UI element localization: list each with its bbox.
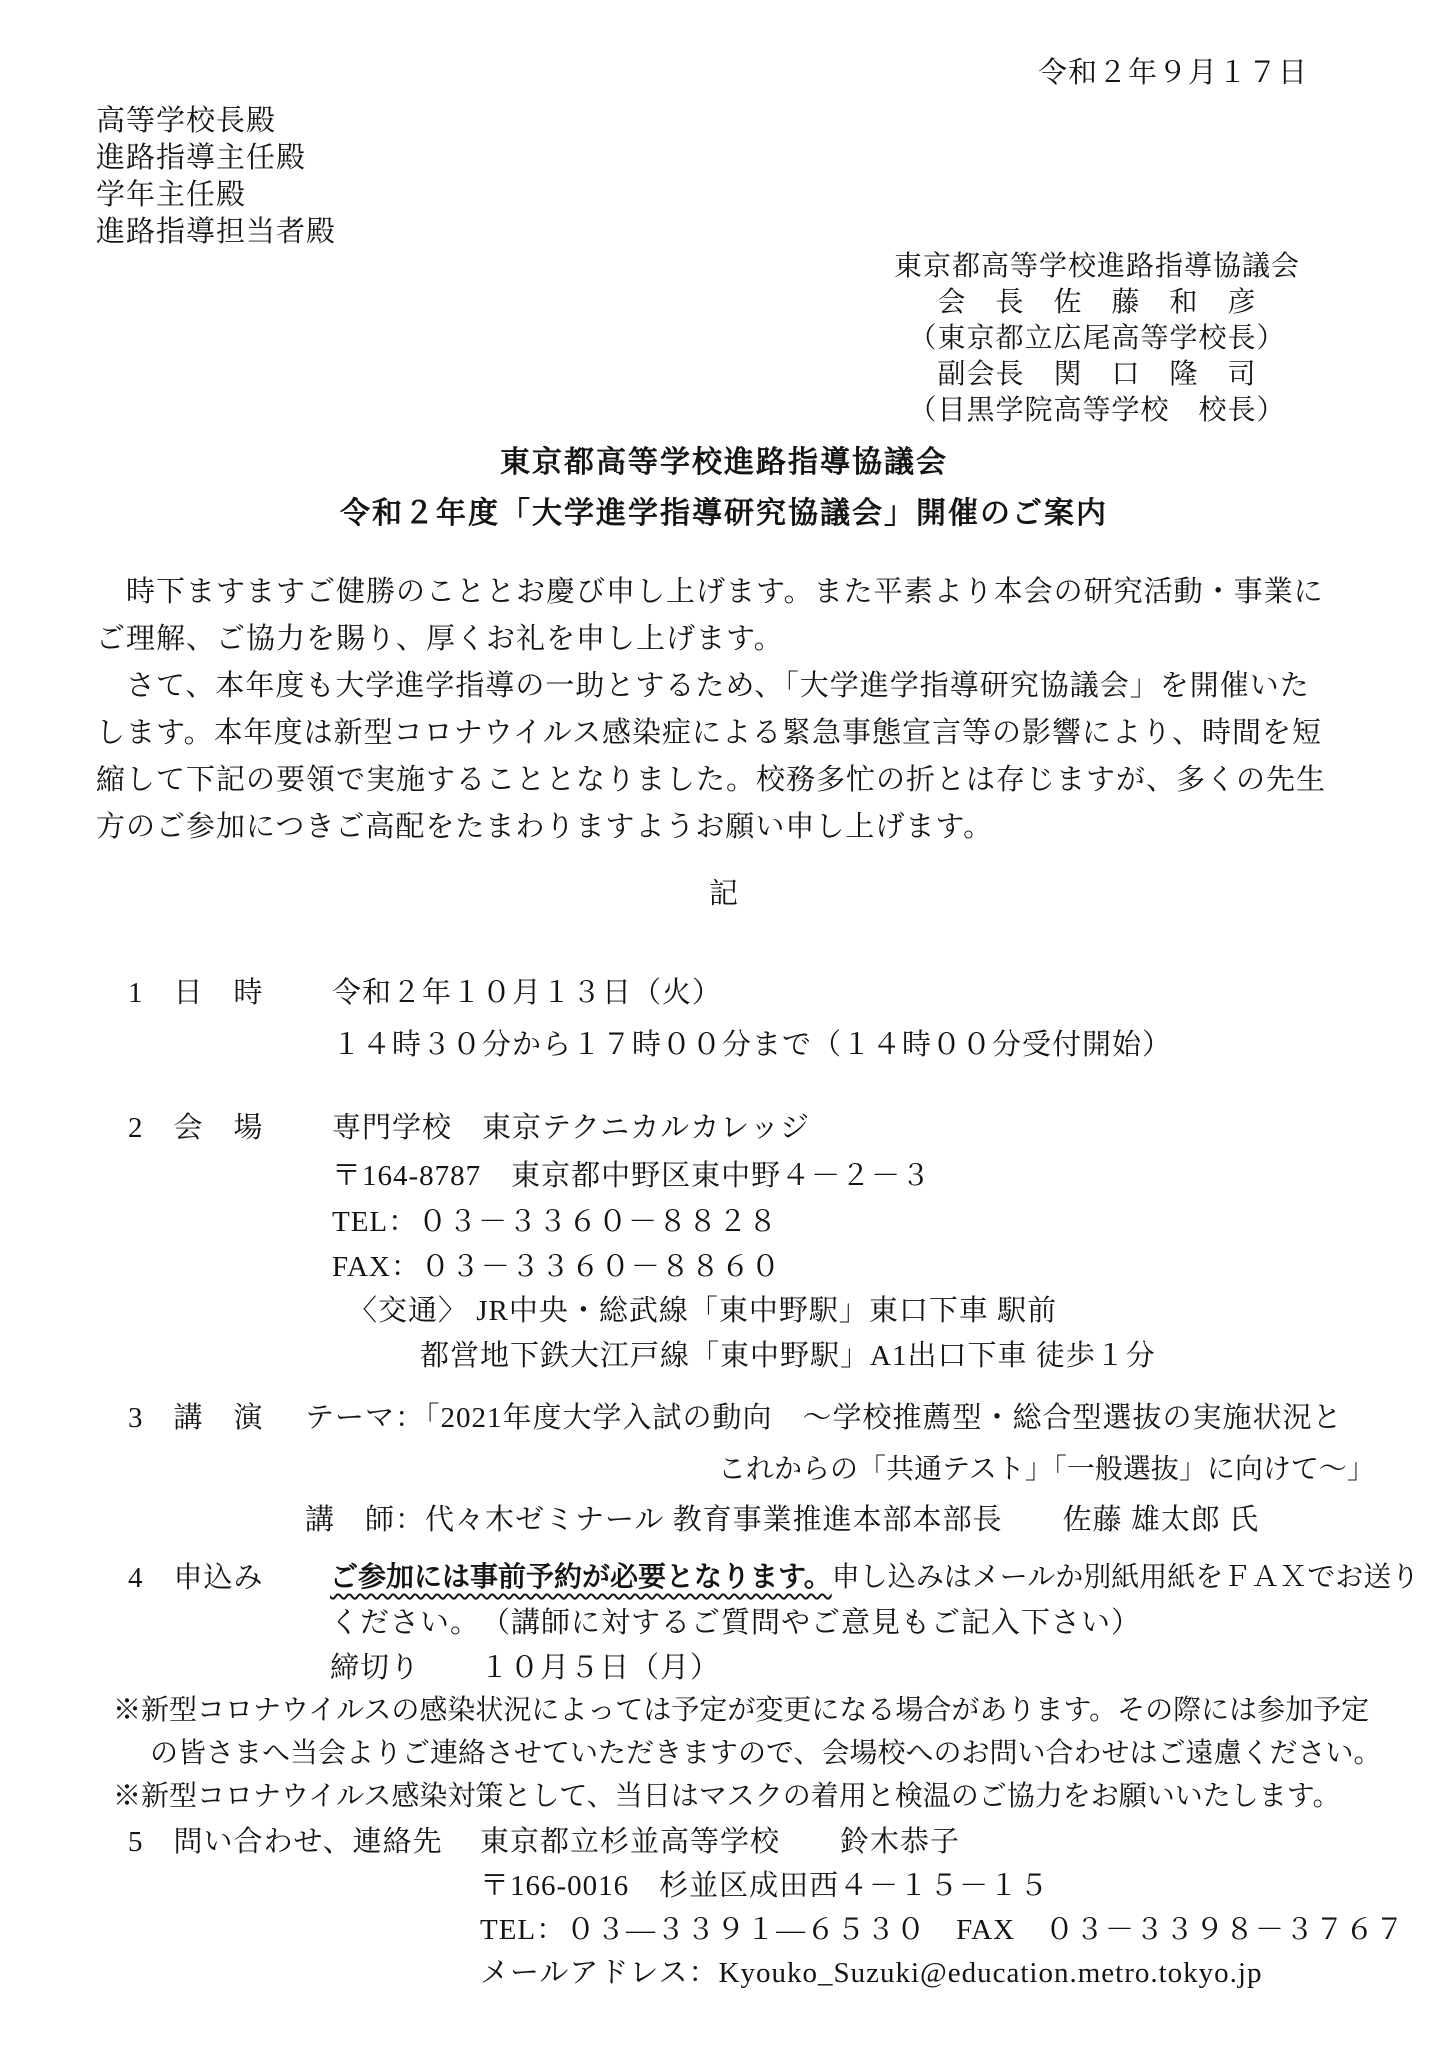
venue-address: 〒164-8787 東京都中野区東中野４－２－３ <box>332 1158 931 1194</box>
body-line-4: します。本年度は新型コロナウイルス感染症による緊急事態宣言等の影響により、時間を… <box>96 715 1322 751</box>
item5-heading: 5 問い合わせ、連絡先 <box>128 1824 443 1860</box>
body-line-3: さて、本年度も大学進学指導の一助とするため、「大学進学指導研究協議会」を開催いた <box>96 668 1310 704</box>
lecture-theme-2: これからの「共通テスト」「一般選抜」に向けて～」 <box>718 1452 1375 1487</box>
sender-vice-president-school: （目黒学院高等学校 校長） <box>894 393 1300 429</box>
contact-telfax: TEL：０３—３３９１—６５３０ FAX ０３－３３９８－３７６７ <box>480 1912 1405 1948</box>
sender-vice-president: 副会長 関 口 隆 司 <box>894 357 1300 393</box>
recipient-line-1: 高等学校長殿 <box>96 103 276 139</box>
doc-title-line2: 令和２年度「大学進学指導研究協議会」開催のご案内 <box>0 495 1448 533</box>
item1-heading: 1 日 時 <box>128 975 264 1011</box>
recipient-line-4: 進路指導担当者殿 <box>96 214 336 250</box>
application-line-2: ください。 （講師に対するご質問やご意見もご記入下さい） <box>330 1605 1141 1641</box>
item1-date: 令和２年１０月１３日（火） <box>332 975 722 1011</box>
issue-date: 令和２年９月１７日 <box>1038 55 1308 91</box>
item1-time: １４時３０分から１７時００分まで（１４時００分受付開始） <box>332 1027 1172 1063</box>
item3-heading: 3 講 演 <box>128 1400 264 1436</box>
body-line-5: 縮して下記の要領で実施することとなりました。校務多忙の折とは存じますが、多くの先… <box>96 762 1326 798</box>
reservation-required-emphasis: ご参加には事前予約が必要となります。 <box>330 1562 832 1593</box>
sender-block: 東京都高等学校進路指導協議会 会 長 佐 藤 和 彦 （東京都立広尾高等学校長）… <box>894 249 1300 429</box>
contact-address: 〒166-0016 杉並区成田西４－１５－１５ <box>480 1868 1049 1904</box>
contact-person: 東京都立杉並高等学校 鈴木恭子 <box>480 1824 960 1860</box>
venue-tel: TEL：０３－３３６０－８８２８ <box>332 1204 778 1240</box>
sender-president-school: （東京都立広尾高等学校長） <box>894 321 1300 357</box>
ki-marker: 記 <box>0 876 1448 912</box>
item4-heading: 4 申込み <box>128 1560 264 1596</box>
sender-org: 東京都高等学校進路指導協議会 <box>894 249 1300 285</box>
venue-access-2: 都営地下鉄大江戸線「東中野駅」A1出口下車 徒歩１分 <box>420 1338 1156 1374</box>
covid-note-2: ※新型コロナウイルス感染対策として、当日はマスクの着用と検温のご協力をお願いいた… <box>113 1779 1341 1814</box>
contact-email: メールアドレス：Kyouko_Suzuki@education.metro.to… <box>480 1955 1263 1991</box>
body-line-2: ご理解、ご協力を賜り、厚くお礼を申し上げます。 <box>96 621 784 657</box>
venue-name: 専門学校 東京テクニカルカレッジ <box>332 1110 810 1146</box>
body-line-1: 時下ますますご健勝のこととお慶び申し上げます。また平素より本会の研究活動・事業に <box>96 574 1324 610</box>
venue-access-1: 〈交通〉 JR中央・総武線「東中野駅」東口下車 駅前 <box>348 1293 1057 1329</box>
doc-title-line1: 東京都高等学校進路指導協議会 <box>0 444 1448 482</box>
application-line-1-rest: 申し込みはメールか別紙用紙をＦＡＸでお送り <box>832 1562 1419 1593</box>
application-line-1: ご参加には事前予約が必要となります。申し込みはメールか別紙用紙をＦＡＸでお送り <box>330 1560 1419 1595</box>
document-page: 令和２年９月１７日 高等学校長殿 進路指導主任殿 学年主任殿 進路指導担当者殿 … <box>0 0 1448 2048</box>
venue-fax: FAX：０３－３３６０－８８６０ <box>332 1249 781 1285</box>
item2-heading: 2 会 場 <box>128 1110 264 1146</box>
covid-note-1a: ※新型コロナウイルスの感染状況によっては予定が変更になる場合があります。その際に… <box>113 1693 1369 1728</box>
application-deadline: 締切り １０月５日（月） <box>330 1650 720 1686</box>
covid-note-1b: の皆さまへ当会よりご連絡させていただきますので、会場校へのお問い合わせはご遠慮く… <box>150 1736 1381 1771</box>
recipient-line-3: 学年主任殿 <box>96 177 246 213</box>
lecture-speaker: 講 師：代々木ゼミナール 教育事業推進本部本部長 佐藤 雄太郎 氏 <box>305 1502 1259 1538</box>
body-line-6: 方のご参加につきご高配をたまわりますようお願い申し上げます。 <box>96 809 993 845</box>
lecture-theme-1: テーマ：「2021年度大学入試の動向 ～学校推薦型・総合型選抜の実施状況と <box>305 1400 1343 1436</box>
sender-president: 会 長 佐 藤 和 彦 <box>894 285 1300 321</box>
recipient-line-2: 進路指導主任殿 <box>96 140 306 176</box>
